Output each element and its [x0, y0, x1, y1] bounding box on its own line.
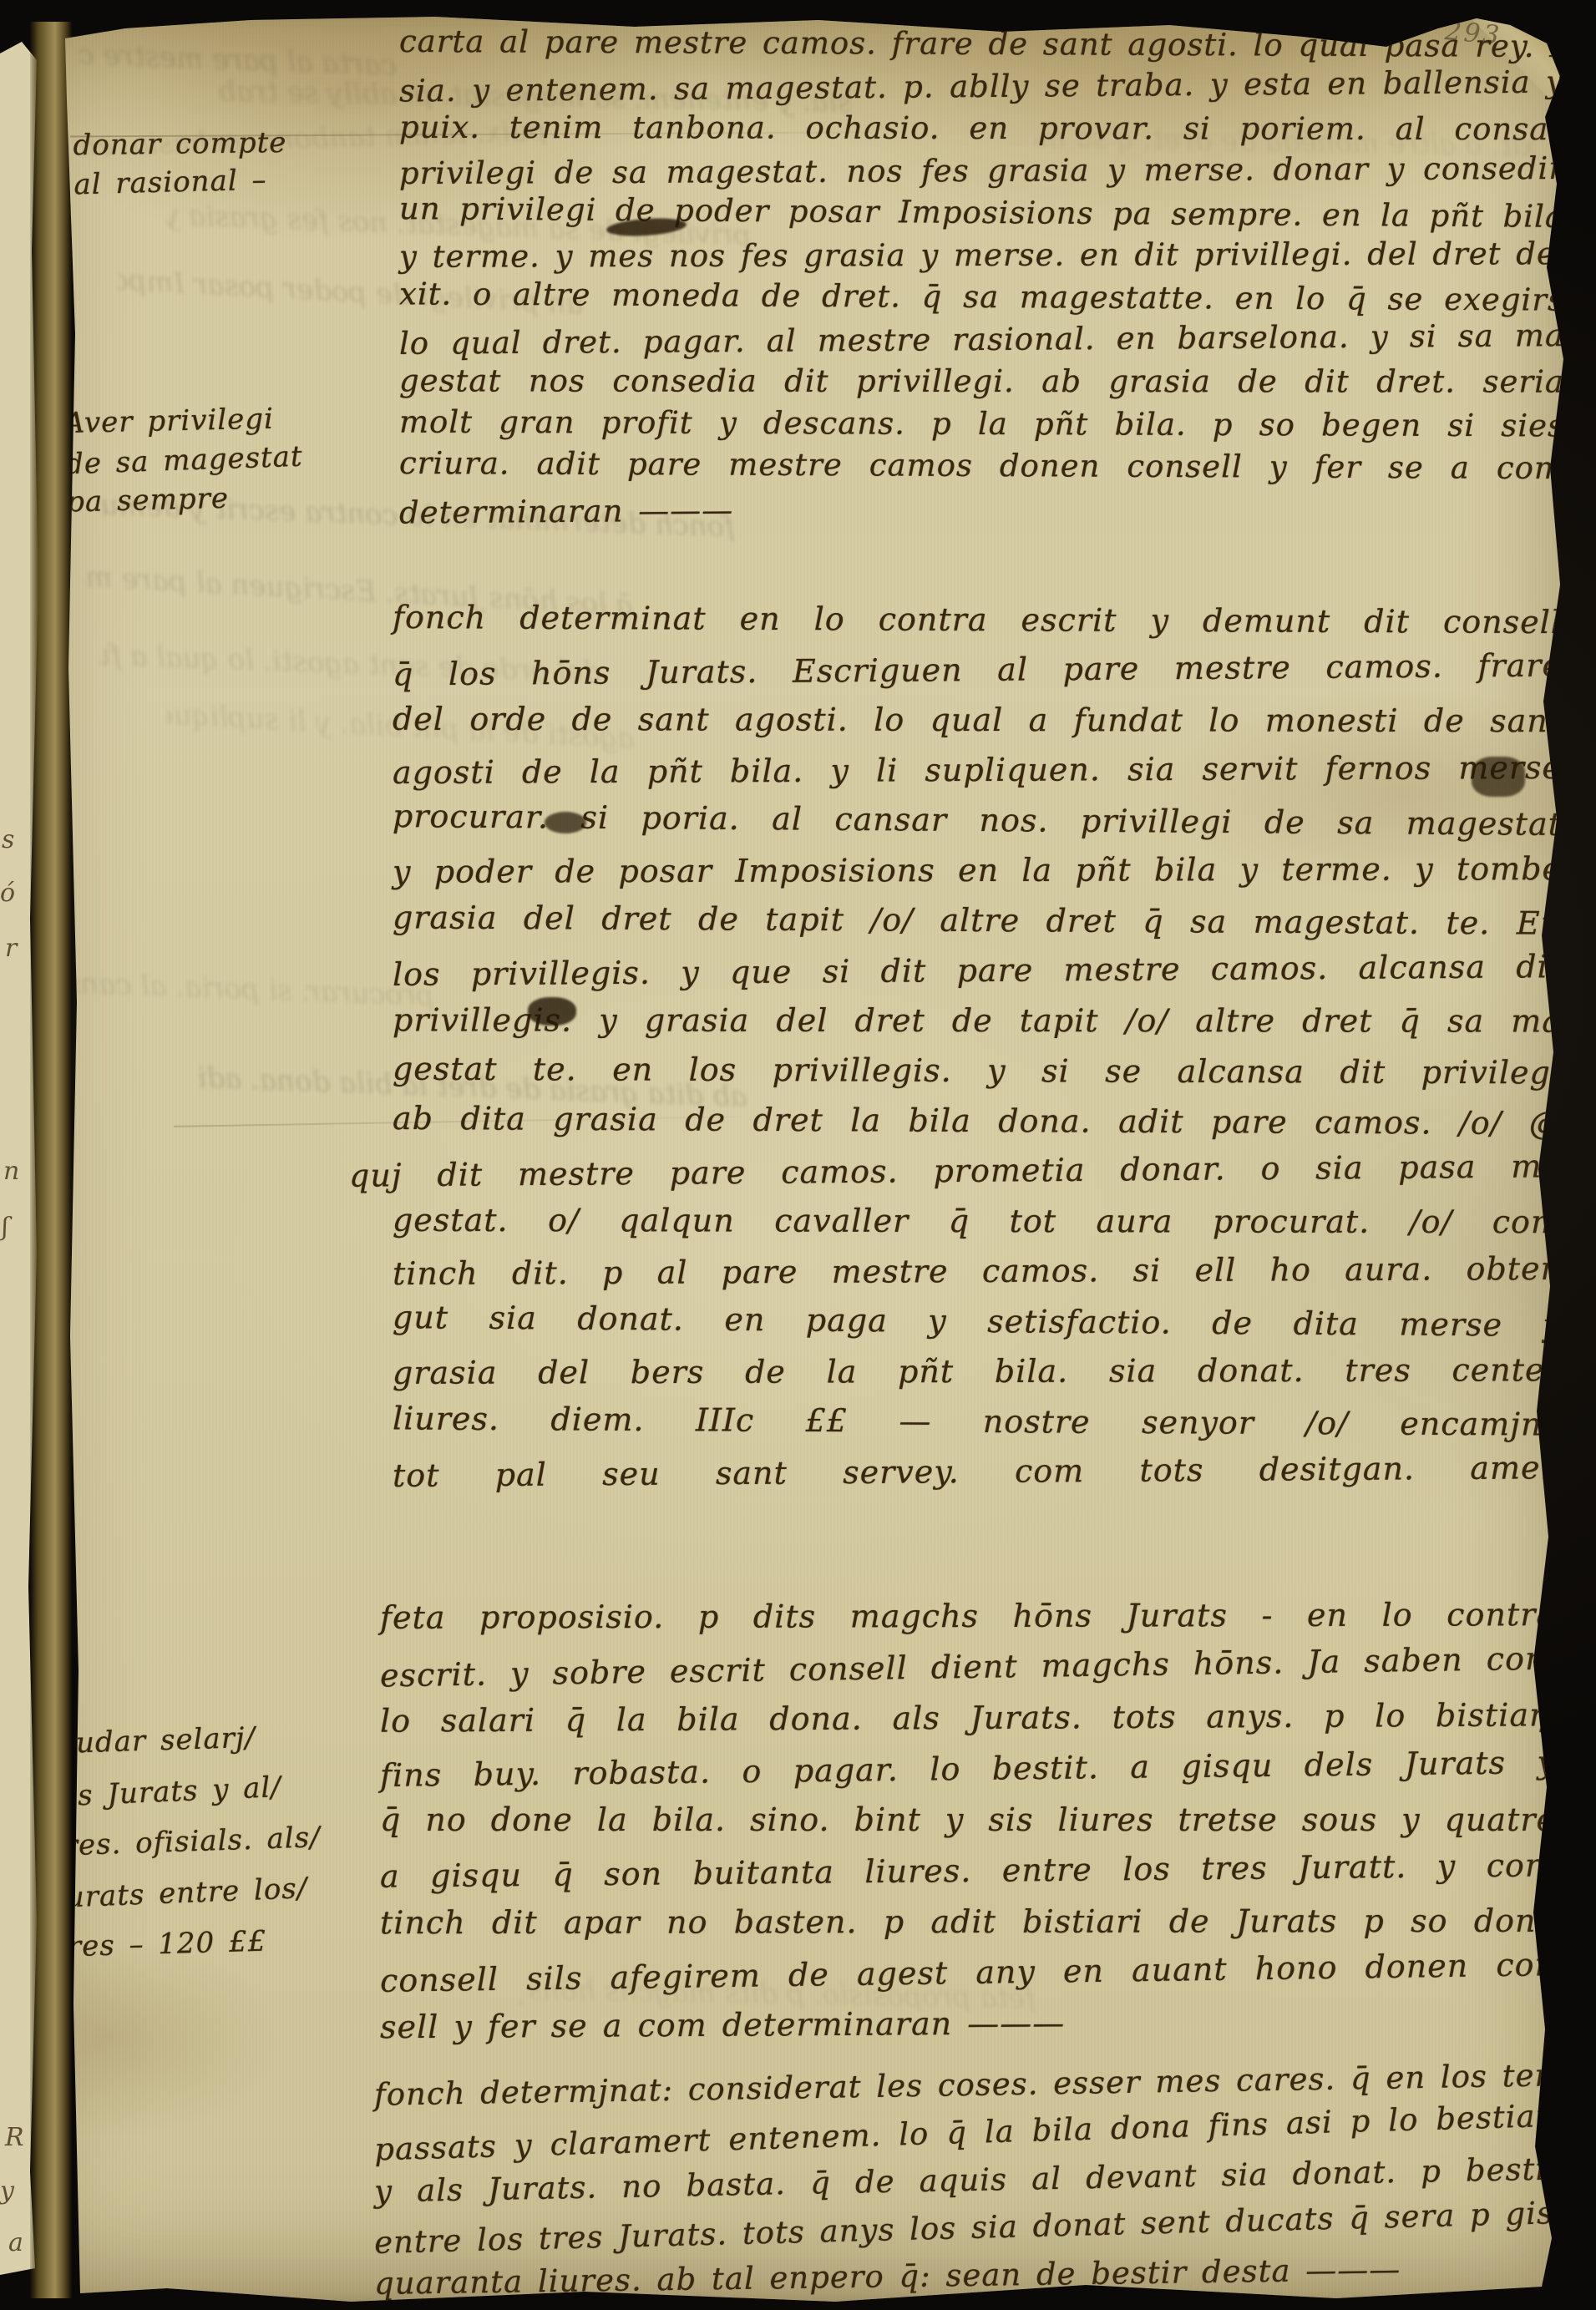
margin-note: donar compteal rasional –: [73, 123, 362, 203]
text-line: quj dit mestre pare camos. prometia dona…: [349, 1141, 1562, 1200]
text-line: agosti de la pñt bila. y li supliquen. s…: [393, 742, 1562, 798]
paragraph: fonch determinat en lo contra escrit y d…: [393, 595, 1562, 1497]
text-line: molt gran profit y descans. p la pñt bil…: [399, 401, 1564, 447]
text-line: criura. adit pare mestre camos donen con…: [399, 443, 1564, 490]
text-line: un privilegi de poder posar Imposisions …: [399, 188, 1564, 238]
photo-backdrop: 293 carta al pare mestre camos. frare de…: [0, 0, 1596, 2310]
text-line: ab dita grasia de dret la bila dona. adi…: [393, 1093, 1562, 1148]
text-line: grasia del bers de la pñt bila. sia dona…: [393, 1345, 1562, 1398]
text-line: y terme. y mes nos fes grasia y merse. e…: [399, 233, 1564, 278]
paragraph: fonch determjnat: considerat les coses. …: [374, 2061, 1562, 2299]
edge-ink-fragment: a: [8, 2228, 23, 2257]
text-line: carta al pare mestre camos. frare de san…: [399, 21, 1564, 68]
margin-note-line: tres – 120 ££: [54, 1912, 398, 1973]
manuscript-page: 293 carta al pare mestre camos. frare de…: [0, 0, 1596, 2310]
text-line: del orde de sant agosti. lo qual a funda…: [393, 694, 1562, 746]
edge-ink-fragment: r: [5, 934, 17, 963]
text-line: determinaran ———: [399, 483, 1564, 534]
edge-ink-fragment: n: [3, 1157, 19, 1186]
text-line: gestat. o/ qalqun cavaller q̄ tot aura p…: [393, 1195, 1562, 1247]
text-line: liures. diem. IIIc ££ — nostre senyor /o…: [393, 1393, 1562, 1449]
text-line: xit. o altre moneda de dret. q̄ sa mages…: [399, 273, 1564, 322]
text-line: puix. tenim tanbona. ochasio. en provar.…: [399, 107, 1564, 151]
paragraph: carta al pare mestre camos. frare de san…: [399, 23, 1564, 529]
edge-ink-fragment: s: [2, 825, 14, 854]
text-line: tinch dit. p al pare mestre camos. si el…: [393, 1244, 1562, 1299]
text-line: gut sia donat. en paga y setisfactio. de…: [393, 1292, 1562, 1350]
text-line: gestat te. en los privillegis. y si se a…: [393, 1044, 1562, 1098]
text-line: sell y fer se a com determinaran ———: [380, 1995, 1556, 2054]
margin-note-line: pa sempre: [66, 475, 376, 522]
edge-ink-fragment: R: [5, 2123, 24, 2152]
bleedthrough-line: procurar. si poria. al cansar nos. privi…: [74, 967, 434, 1013]
margin-note: Aver privilegide sa magestatpa sempre: [63, 397, 376, 523]
text-line: fins buy. robasta. o pagar. lo bestit. a…: [380, 1737, 1557, 1801]
edge-ink-fragment: y: [0, 2176, 14, 2206]
edge-ink-fragment: ó: [0, 879, 15, 908]
text-line: los privillegis. y que si dit pare mestr…: [393, 941, 1562, 1000]
ink-blot: [528, 997, 576, 1026]
text-line: q̄ no done la bila. sino. bint y sis liu…: [380, 1795, 1556, 1846]
margin-note-line: donar compte: [73, 124, 362, 165]
ink-blot: [1472, 757, 1525, 797]
text-line: tinch dit apar no basten. p adit bistiar…: [380, 1896, 1556, 1948]
paragraph: feta proposisio. p dits magchs hōns Jura…: [380, 1591, 1556, 2049]
text-line: gestat nos consedia dit privillegi. ab g…: [399, 360, 1564, 403]
margin-note-line: al rasional –: [73, 160, 362, 205]
book-gutter-fold: [30, 22, 72, 2298]
edge-ink-fragment: ʃ: [2, 1213, 8, 1242]
ink-blot: [545, 812, 586, 833]
text-line: q̄ los hōns Jurats. Escriguen al pare me…: [393, 641, 1562, 700]
text-line: y poder de posar Imposisions en la pñt b…: [393, 843, 1562, 897]
text-line: tot pal seu sant servey. com tots desitg…: [393, 1442, 1562, 1501]
text-line: privilegi de sa magestat. nos fes grasia…: [399, 147, 1564, 195]
bleedthrough-line: carta al pare mestre camos. frare de san…: [79, 38, 397, 82]
text-line: sia. y entenem. sa magestat. p. ablly se…: [399, 61, 1564, 112]
text-line: fonch determinat en lo contra escrit y d…: [393, 592, 1562, 647]
text-line: lo qual dret. pagar. al mestre rasional.…: [399, 315, 1564, 365]
text-line: grasia del dret de tapit /o/ altre dret …: [393, 892, 1562, 948]
margin-note: mudar selarj/als Jurats y al/tres. ofisi…: [48, 1708, 398, 1974]
text-line: a gisqu q̄ son buitanta liures. entre lo…: [380, 1840, 1557, 1902]
